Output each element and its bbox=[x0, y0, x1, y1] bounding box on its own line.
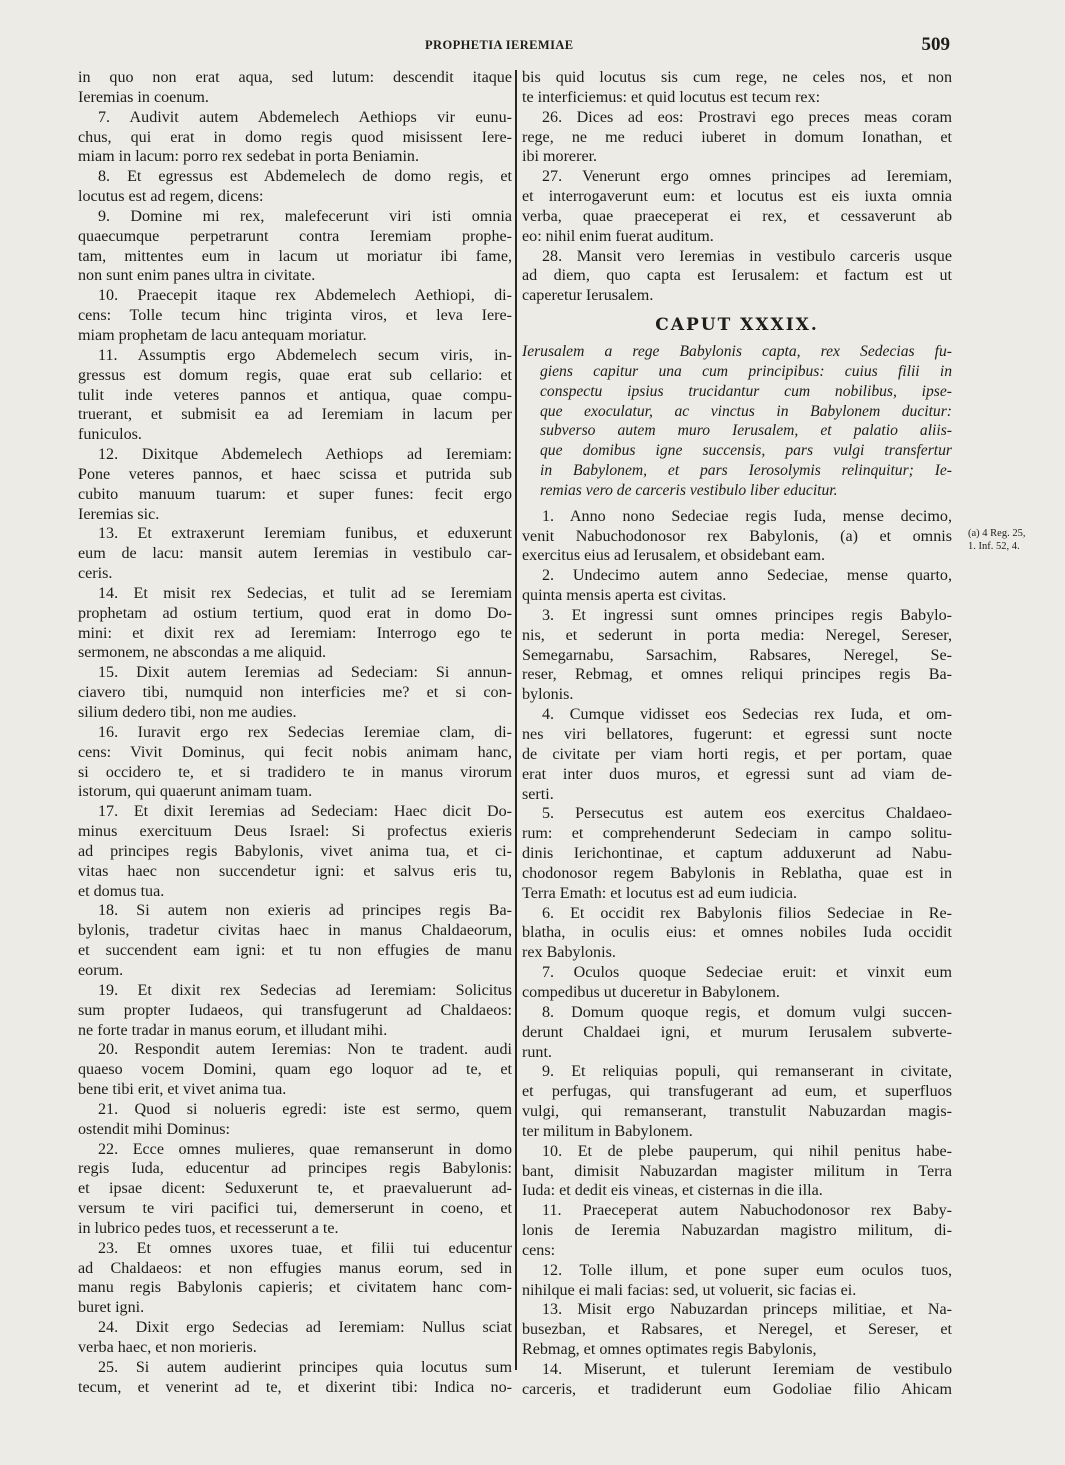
text-line: 11. Assumptis ergo Abdemelech secum viri… bbox=[78, 346, 512, 366]
text-line: ad diem, quo capta est Ierusalem: et fac… bbox=[522, 266, 952, 286]
text-line: 1. Anno nono Sedeciae regis Iuda, mense … bbox=[522, 507, 952, 527]
text-line: reser, Rebmag, et omnes reliqui principe… bbox=[522, 665, 952, 685]
text-line: dinis Ierichontinae, et captum adduxerun… bbox=[522, 844, 952, 864]
text-line: bene tibi erit, et vivet anima tua. bbox=[78, 1080, 512, 1100]
text-line: que exoculatur, ac vinctus in Babylonem … bbox=[522, 402, 952, 422]
text-line: tulit inde veteres pannos et antiqua, qu… bbox=[78, 386, 512, 406]
text-line: bylonis. bbox=[522, 685, 952, 705]
text-line: quinta mensis aperta est civitas. bbox=[522, 586, 952, 606]
text-line: busezban, et Rabsares, et Neregel, et Se… bbox=[522, 1320, 952, 1340]
text-line: 10. Praecepit itaque rex Abdemelech Aeth… bbox=[78, 286, 512, 306]
text-line: Ierusalem a rege Babylonis capta, rex Se… bbox=[522, 342, 952, 362]
text-line: sum propter Iudaeos, qui transfugerunt a… bbox=[78, 1001, 512, 1021]
left-column: in quo non erat aqua, sed lutum: descend… bbox=[78, 68, 512, 1398]
text-line: 17. Et dixit Ieremias ad Sedeciam: Haec … bbox=[78, 802, 512, 822]
text-line: minus exercituum Deus Israel: Si profect… bbox=[78, 822, 512, 842]
text-line: eorum. bbox=[78, 961, 512, 981]
text-line: gressus est domum regis, quae erat sub c… bbox=[78, 366, 512, 386]
text-line: 10. Et de plebe pauperum, qui nihil peni… bbox=[522, 1142, 952, 1162]
text-line: 15. Dixit autem Ieremias ad Sedeciam: Si… bbox=[78, 663, 512, 683]
text-line: cens: Tolle tecum hinc triginta viros, e… bbox=[78, 306, 512, 326]
text-line: miam prophetam de lacu antequam moriatur… bbox=[78, 326, 512, 346]
text-line: in Babylonem, et pars Ierosolymis relinq… bbox=[522, 461, 952, 481]
text-line: venit Nabuchodonosor rex Babylonis, (a) … bbox=[522, 527, 952, 547]
text-line: 13. Misit ergo Nabuzardan princeps milit… bbox=[522, 1300, 952, 1320]
text-line: ceris. bbox=[78, 564, 512, 584]
text-line: 3. Et ingressi sunt omnes principes regi… bbox=[522, 606, 952, 626]
text-line: vitas haec non succendetur igni: et salv… bbox=[78, 862, 512, 882]
text-line: 12. Tolle illum, et pone super eum oculo… bbox=[522, 1261, 952, 1281]
text-line: 13. Et extraxerunt Ieremiam funibus, et … bbox=[78, 524, 512, 544]
text-line: rum: et comprehenderunt Sedeciam in camp… bbox=[522, 824, 952, 844]
text-line: subverso autem muro Ierusalem, et palati… bbox=[522, 421, 952, 441]
text-line: 20. Respondit autem Ieremias: Non te tra… bbox=[78, 1040, 512, 1060]
right-column-bottom: 1. Anno nono Sedeciae regis Iuda, mense … bbox=[522, 507, 952, 1400]
text-line: truerant, et submisit ea ad Ieremiam in … bbox=[78, 405, 512, 425]
text-line: 9. Domine mi rex, malefecerunt viri isti… bbox=[78, 207, 512, 227]
text-line: caperetur Ierusalem. bbox=[522, 286, 952, 306]
text-line: manu regis Babylonis capieris; et civita… bbox=[78, 1278, 512, 1298]
right-column: bis quid locutus sis cum rege, ne celes … bbox=[522, 68, 952, 1400]
text-line: et domus tua. bbox=[78, 882, 512, 902]
text-line: 16. Iuravit ergo rex Sedecias Ieremiae c… bbox=[78, 723, 512, 743]
text-line: Ieremias sic. bbox=[78, 505, 512, 525]
text-line: miam in lacum: porro rex sedebat in port… bbox=[78, 147, 512, 167]
text-line: bylonis, tradetur civitas haec in manus … bbox=[78, 921, 512, 941]
text-line: de civitate per viam horti regis, et per… bbox=[522, 745, 952, 765]
text-line: 28. Mansit vero Ieremias in vestibulo ca… bbox=[522, 247, 952, 267]
chapter-heading: CAPUT XXXIX. bbox=[522, 316, 952, 336]
text-line: silium dedero tibi, non me audies. bbox=[78, 703, 512, 723]
text-line: 22. Ecce omnes mulieres, quae remanserun… bbox=[78, 1140, 512, 1160]
text-line: rege, ne me reduci iuberet in domum Iona… bbox=[522, 128, 952, 148]
text-line: 9. Et reliquias populi, qui remanserant … bbox=[522, 1062, 952, 1082]
text-line: ciavero tibi, numquid non interficies me… bbox=[78, 683, 512, 703]
text-line: Pone veteres pannos, et haec scissa et p… bbox=[78, 465, 512, 485]
text-line: et interrogaverunt eum: et locutus est e… bbox=[522, 187, 952, 207]
text-line: nihilque ei mali facias: sed, ut volueri… bbox=[522, 1281, 952, 1301]
text-line: bis quid locutus sis cum rege, ne celes … bbox=[522, 68, 952, 88]
text-line: 23. Et omnes uxores tuae, et filii tui e… bbox=[78, 1239, 512, 1259]
text-line: locutus est ad regem, dicens: bbox=[78, 187, 512, 207]
text-line: et perfugas, qui transfugerant ad eum, e… bbox=[522, 1082, 952, 1102]
text-line: bant, dimisit Nabuzardan magister militu… bbox=[522, 1162, 952, 1182]
text-line: 6. Et occidit rex Babylonis filios Sedec… bbox=[522, 904, 952, 924]
page-header: PROPHETIA IEREMIAE 509 bbox=[78, 36, 950, 56]
text-line: ad principes regis Babylonis, vivet anim… bbox=[78, 842, 512, 862]
text-line: chodonosor regem Babylonis in Reblatha, … bbox=[522, 864, 952, 884]
text-line: 7. Audivit autem Abdemelech Aethiops vir… bbox=[78, 108, 512, 128]
text-line: tam, mittentes eum in lacum ut moriatur … bbox=[78, 247, 512, 267]
text-line: Ieremias in coenum. bbox=[78, 88, 512, 108]
text-line: cubito manuum tuarum: et super funes: fe… bbox=[78, 485, 512, 505]
text-line: conspectu ipsius trucidantur cum nobilib… bbox=[522, 382, 952, 402]
text-line: ostendit mihi Dominus: bbox=[78, 1120, 512, 1140]
text-line: eo: nihil enim fuerat auditum. bbox=[522, 227, 952, 247]
text-line: 8. Domum quoque regis, et domum vulgi su… bbox=[522, 1003, 952, 1023]
text-line: quaeso vocem Domini, quam ego loquor ad … bbox=[78, 1060, 512, 1080]
margin-note: (a) 4 Reg. 25, 1. Inf. 52, 4. bbox=[968, 527, 1025, 553]
page-number: 509 bbox=[922, 34, 951, 56]
text-line: 19. Et dixit rex Sedecias ad Ieremiam: S… bbox=[78, 981, 512, 1001]
text-line: prophetam ad ostium tertium, quod erat i… bbox=[78, 604, 512, 624]
text-line: in quo non erat aqua, sed lutum: descend… bbox=[78, 68, 512, 88]
text-line: 11. Praeceperat autem Nabuchodonosor rex… bbox=[522, 1201, 952, 1221]
text-line: 24. Dixit ergo Sedecias ad Ieremiam: Nul… bbox=[78, 1318, 512, 1338]
text-line: Rebmag, et omnes optimates regis Babylon… bbox=[522, 1340, 952, 1360]
text-line: compedibus ut duceretur in Babylonem. bbox=[522, 983, 952, 1003]
text-line: nes viri bellatores, fugerunt: et egress… bbox=[522, 725, 952, 745]
text-line: te interficiemus: et quid locutus est te… bbox=[522, 88, 952, 108]
text-line: ad Chaldaeos: et non effugies manus eoru… bbox=[78, 1259, 512, 1279]
text-line: vulgi, qui remanserant, transtulit Nabuz… bbox=[522, 1102, 952, 1122]
text-line: eum de lacu: mansit autem Ieremias in ve… bbox=[78, 544, 512, 564]
text-line: 18. Si autem non exieris ad principes re… bbox=[78, 901, 512, 921]
text-line: Terra Emath: et locutus est ad eum iudic… bbox=[522, 884, 952, 904]
text-line: 25. Si autem audierint principes quia lo… bbox=[78, 1358, 512, 1378]
text-line: cens: Vivit Dominus, qui fecit nobis ani… bbox=[78, 743, 512, 763]
text-line: et ipsae dicent: Seduxerunt te, et praev… bbox=[78, 1179, 512, 1199]
text-line: in lubrico pedes tuos, et recesserunt a … bbox=[78, 1219, 512, 1239]
chapter-summary: Ierusalem a rege Babylonis capta, rex Se… bbox=[522, 342, 952, 501]
text-line: mini: et dixit rex ad Ieremiam: Interrog… bbox=[78, 624, 512, 644]
right-column-top: bis quid locutus sis cum rege, ne celes … bbox=[522, 68, 952, 306]
text-line: ter militum in Babylonem. bbox=[522, 1122, 952, 1142]
text-line: 14. Miserunt, et tulerunt Ieremiam de ve… bbox=[522, 1360, 952, 1380]
text-line: nis, et sederunt in porta media: Neregel… bbox=[522, 626, 952, 646]
text-line: 26. Dices ad eos: Prostravi ego preces m… bbox=[522, 108, 952, 128]
text-line: ne forte tradar in manus eorum, et illud… bbox=[78, 1021, 512, 1041]
text-line: 14. Et misit rex Sedecias, et tulit ad s… bbox=[78, 584, 512, 604]
text-line: ibi morerer. bbox=[522, 147, 952, 167]
text-line: runt. bbox=[522, 1043, 952, 1063]
text-line: 12. Dixitque Abdemelech Aethiops ad Iere… bbox=[78, 445, 512, 465]
text-line: 5. Persecutus est autem eos exercitus Ch… bbox=[522, 804, 952, 824]
text-line: istorum, qui quaerunt animam tuam. bbox=[78, 782, 512, 802]
text-line: chus, qui erat in domo regis quod misiss… bbox=[78, 128, 512, 148]
text-line: lonis de Ieremia Nabuzardan magistro mil… bbox=[522, 1221, 952, 1241]
text-line: funiculos. bbox=[78, 425, 512, 445]
text-line: sermonem, ne abscondas a me aliquid. bbox=[78, 643, 512, 663]
text-line: 4. Cumque vidisset eos Sedecias rex Iuda… bbox=[522, 705, 952, 725]
text-line: giens capitur una cum principibus: cuius… bbox=[522, 362, 952, 382]
column-rule bbox=[515, 70, 517, 1370]
margin-note-line: 1. Inf. 52, 4. bbox=[968, 540, 1025, 553]
text-line: 27. Venerunt ergo omnes principes ad Ier… bbox=[522, 167, 952, 187]
text-line: 2. Undecimo autem anno Sedeciae, mense q… bbox=[522, 566, 952, 586]
text-line: quaecumque perpetrarunt contra Ieremiam … bbox=[78, 227, 512, 247]
text-line: blatha, in oculis eius: et omnes nobiles… bbox=[522, 923, 952, 943]
text-line: remias vero de carceris vestibulo liber … bbox=[522, 481, 952, 501]
text-line: exercitus eius ad Ierusalem, et obsideba… bbox=[522, 546, 952, 566]
text-line: verba haec, et non morieris. bbox=[78, 1338, 512, 1358]
text-line: si occidero te, et si tradidero te in ma… bbox=[78, 763, 512, 783]
text-line: 7. Oculos quoque Sedeciae eruit: et vinx… bbox=[522, 963, 952, 983]
text-line: verba, quae praeceperat ei rex, et cessa… bbox=[522, 207, 952, 227]
text-line: erat inter duos muros, et egressi sunt a… bbox=[522, 765, 952, 785]
text-line: carceris, et tradiderunt eum Godoliae fi… bbox=[522, 1380, 952, 1400]
text-line: tecum, et venerint ad te, et dixerint ti… bbox=[78, 1378, 512, 1398]
running-title: PROPHETIA IEREMIAE bbox=[425, 38, 574, 53]
text-line: derunt Chaldaei igni, et murum Ierusalem… bbox=[522, 1023, 952, 1043]
text-line: cens: bbox=[522, 1241, 952, 1261]
text-line: et succendent eam igni: et tu non effugi… bbox=[78, 941, 512, 961]
text-line: serti. bbox=[522, 785, 952, 805]
text-line: buret igni. bbox=[78, 1298, 512, 1318]
text-line: rex Babylonis. bbox=[522, 943, 952, 963]
text-line: Iuda: et dedit eis vineas, et cisternas … bbox=[522, 1181, 952, 1201]
text-line: que domibus igne succensis, pars vulgi t… bbox=[522, 441, 952, 461]
text-line: non sunt enim panes ultra in civitate. bbox=[78, 266, 512, 286]
text-line: regis Iuda, educentur ad principes regis… bbox=[78, 1159, 512, 1179]
text-line: 8. Et egressus est Abdemelech de domo re… bbox=[78, 167, 512, 187]
margin-note-line: (a) 4 Reg. 25, bbox=[968, 527, 1025, 540]
text-line: versum te viri pacifici tui, demerserunt… bbox=[78, 1199, 512, 1219]
text-line: 21. Quod si nolueris egredi: iste est se… bbox=[78, 1100, 512, 1120]
text-line: Semegarnabu, Sarsachim, Rabsares, Nerege… bbox=[522, 646, 952, 666]
